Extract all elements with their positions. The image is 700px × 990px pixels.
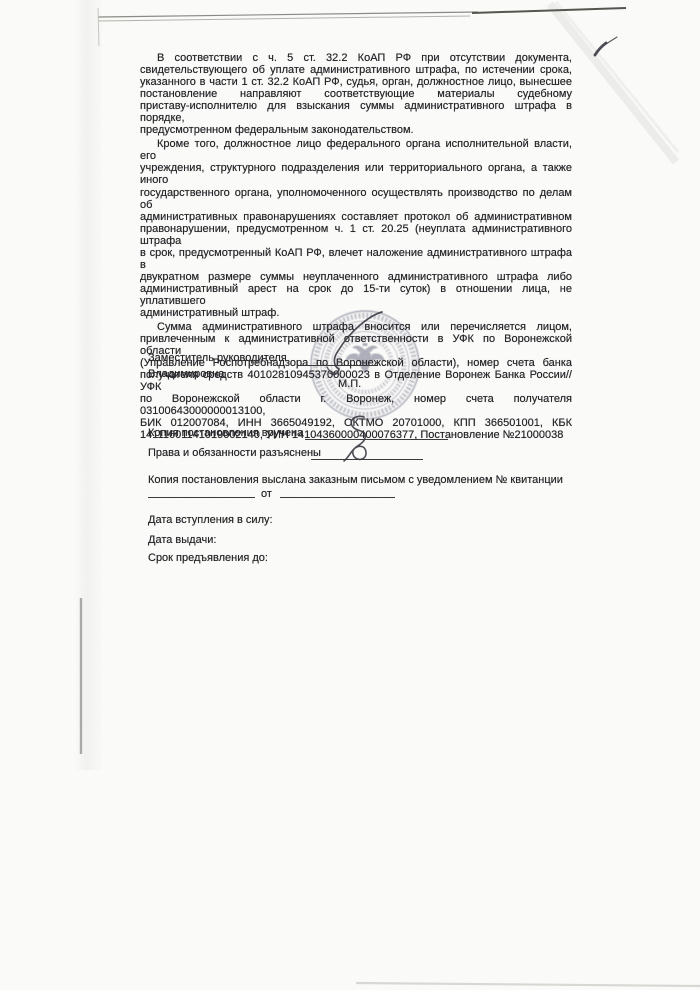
- date-effective-label: Дата вступления в силу:: [148, 514, 273, 526]
- text-line: указанного в части 1 ст. 32.2 КоАП РФ, с…: [140, 76, 572, 88]
- signature-line: [298, 365, 378, 366]
- signatory-title: Заместитель руководителя: [148, 352, 287, 364]
- text-line: по Воронежской области г. Воронеж, номер…: [140, 393, 572, 417]
- text-line: административных правонарушениях составл…: [140, 211, 572, 223]
- text-line: Кроме того, должностное лицо федеральног…: [140, 138, 572, 162]
- scan-left-edge-band: [74, 0, 102, 770]
- text-line: приставу-исполнителю для взыскания суммы…: [140, 100, 572, 124]
- copy-handed-label: Копия постановления вручена: [148, 427, 303, 439]
- text-line: в срок, предусмотренный КоАП РФ, влечет …: [140, 247, 572, 271]
- mailed-copy-label: Копия постановления выслана заказным пис…: [148, 474, 588, 486]
- scanned-document-page: В соответствии с ч. 5 ст. 32.2 КоАП РФ п…: [0, 0, 700, 990]
- paper-top-edge-line: [98, 12, 478, 17]
- text-line: учреждения, структурного подразделения и…: [140, 162, 572, 186]
- text-line: Сумма административного штрафа вносится …: [140, 321, 572, 333]
- rights-explained-line: [311, 459, 423, 460]
- seal-place-label: М.П.: [338, 378, 361, 390]
- text-line: постановление направляют соответствующие…: [140, 88, 572, 100]
- text-line: двукратном размере суммы неуплаченного а…: [140, 271, 572, 283]
- signatory-name: Владимировна: [148, 368, 224, 380]
- date-issued-label: Дата выдачи:: [148, 534, 216, 546]
- text-line: правонарушении, предусмотренном ч. 1 ст.…: [140, 223, 572, 247]
- paper-top-edge-line-dark: [472, 8, 626, 13]
- text-line: свидетельствующего об уплате администрат…: [140, 64, 572, 76]
- text-line: государственного органа, уполномоченного…: [140, 187, 572, 211]
- text-line: предусмотренном федеральным законодатель…: [140, 124, 572, 136]
- copy-handed-line: [305, 439, 448, 440]
- bottom-edge-shadow-line: [356, 983, 700, 986]
- pen-tick-mark-tail: [606, 37, 617, 44]
- mailed-date-line: [280, 497, 395, 498]
- text-line: административный штраф.: [140, 307, 572, 319]
- paper-top-edge-line-2: [98, 16, 470, 21]
- mailed-from-word: от: [261, 488, 272, 500]
- text-line: В соответствии с ч. 5 ст. 32.2 КоАП РФ п…: [140, 52, 572, 64]
- text-line: административный арест на срок до 15-ти …: [140, 283, 572, 307]
- paper-left-corner-edge: [98, 8, 99, 46]
- paragraph-2: Кроме того, должностное лицо федеральног…: [140, 138, 572, 319]
- paragraph-1: В соответствии с ч. 5 ст. 32.2 КоАП РФ п…: [140, 52, 572, 136]
- mailed-number-line: [148, 497, 255, 498]
- rights-explained-label: Права и обязанности разъяснены: [148, 447, 321, 459]
- pen-tick-mark: [595, 43, 606, 55]
- corner-crease-line: [556, 2, 678, 152]
- valid-until-label: Срок предъявления до:: [148, 552, 268, 564]
